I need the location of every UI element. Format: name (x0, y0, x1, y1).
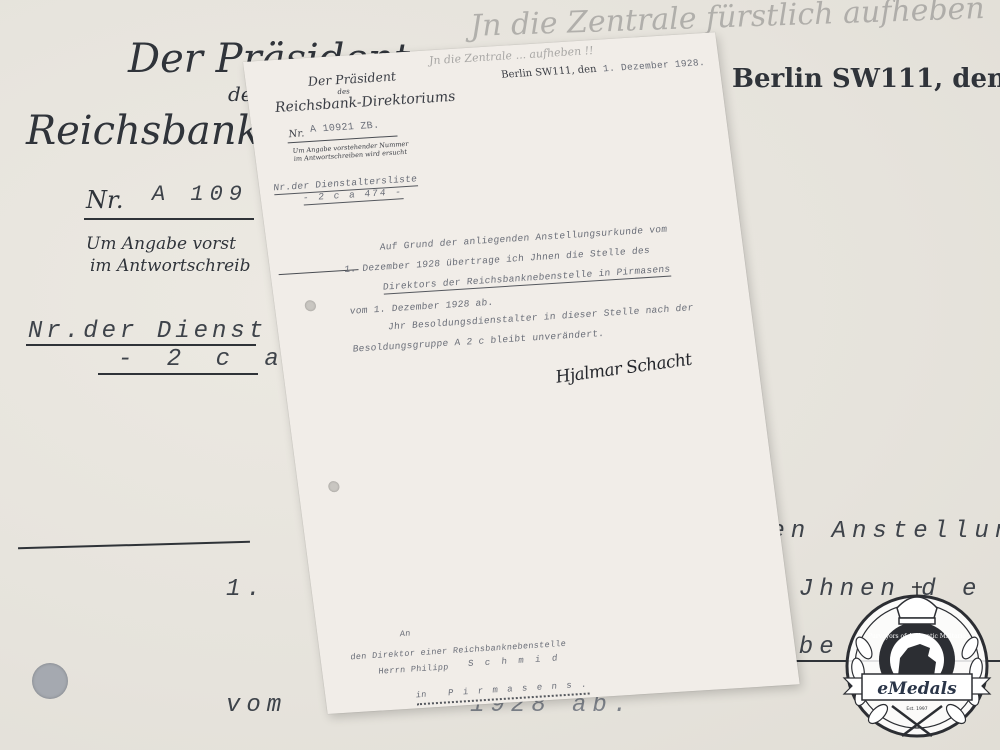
bg-ref-rule (84, 218, 254, 220)
date-typed: 1. Dezember 1928. (602, 57, 705, 74)
appointment-letter: Der Präsident des Reichsbank-Direktorium… (243, 32, 800, 714)
emedals-badge-icon: eMedals Purveyors of Authentic Militaria… (842, 578, 992, 740)
address-city: P i r m a s e n s . (448, 680, 590, 699)
address-line4-prefix: in (415, 690, 427, 701)
bg-body-number: 1. (226, 576, 267, 603)
bg-body-fragment-1: den Anstellungs (750, 518, 1000, 545)
letterhead-line1: Der Präsident (307, 68, 397, 88)
punch-hole-top (304, 300, 316, 312)
reference-label: Nr. (288, 128, 305, 140)
bg-body-fragment-4: vom (226, 692, 287, 719)
bg-header-line3: Reichsbank- (26, 108, 274, 154)
address-recipient-name: S c h m i d (467, 653, 561, 669)
bg-place-date: Berlin SW111, den (732, 64, 1000, 94)
punch-hole-bottom (328, 481, 340, 493)
bg-ref-label: Nr. (86, 186, 123, 214)
address-line3-prefix: Herrn Philipp (378, 662, 449, 676)
logo-tagline-text: Purveyors of Authentic Militaria (868, 633, 966, 640)
bg-ref-value: A 109 (152, 182, 248, 207)
bg-note-line2: im Antwortschreib (90, 256, 250, 276)
letterhead-line3: Reichsbank-Direktoriums (274, 89, 456, 116)
logo-established-text: Est. 1997 (906, 706, 927, 712)
bg-signature-rule (18, 541, 250, 549)
bg-punch-hole (32, 663, 68, 699)
logo-brand-text: eMedals (877, 679, 957, 699)
bg-note-line1: Um Angabe vorst (86, 234, 236, 254)
reference-value: A 10921 ZB. (310, 121, 381, 136)
bg-pencil-note: Jn die Zentrale fürstlich aufheben (470, 0, 986, 44)
address-line1: An (399, 629, 411, 640)
bg-dienst-line2: - 2 c a (118, 346, 289, 373)
bg-dienst-line1: Nr.der Dienst (28, 318, 267, 345)
body-line4: vom 1. Dezember 1928 ab. (349, 297, 494, 317)
signature: Hjalmar Schacht (554, 350, 694, 388)
bg-dienst-rule2 (98, 373, 258, 375)
emedals-watermark-logo: eMedals Purveyors of Authentic Militaria… (842, 578, 992, 740)
place-printed: Berlin SW111, den (501, 64, 598, 81)
